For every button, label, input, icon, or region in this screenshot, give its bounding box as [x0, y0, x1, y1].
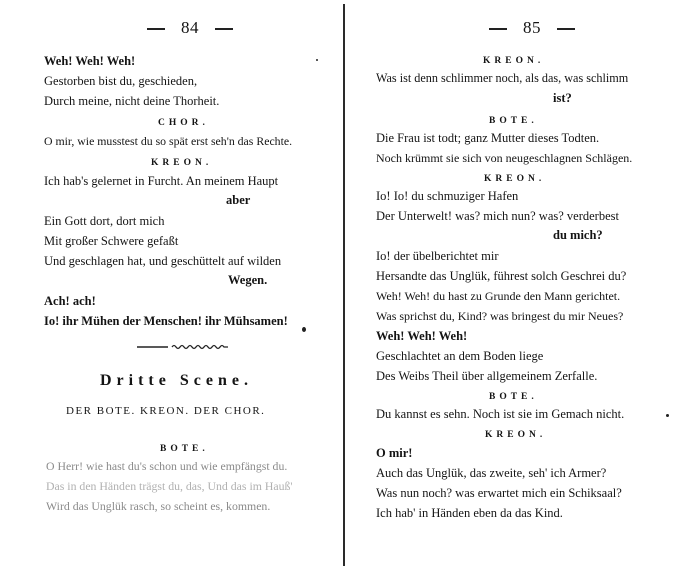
verse-line: Und geschlagen hat, und geschüttelt auf …: [44, 253, 281, 269]
verse-line: Wegen.: [228, 272, 267, 288]
verse-line: Weh! Weh! Weh!: [44, 53, 135, 69]
dash-ornament: [489, 28, 507, 30]
verse-line: Io! Io! du schmuziger Hafen: [376, 188, 518, 204]
verse-line: Weh! Weh! Weh!: [376, 328, 467, 344]
verse-line: Mit großer Schwere gefaßt: [44, 233, 178, 249]
speaker-label: BOTE.: [489, 391, 538, 403]
dash-ornament: [215, 28, 233, 30]
dash-ornament: [147, 28, 165, 30]
verse-line: aber: [226, 192, 250, 208]
verse-line: Was sprichst du, Kind? was bringest du m…: [376, 308, 623, 324]
verse-line: O mir!: [376, 445, 412, 461]
page-number-left: 84: [131, 18, 249, 38]
verse-line: Noch krümmt sie sich von neugeschlagnen …: [376, 150, 632, 166]
speaker-label: CHOR.: [158, 117, 209, 129]
page-number-right: 85: [473, 18, 591, 38]
cast-list: DER BOTE. KREON. DER CHOR.: [66, 405, 265, 417]
speaker-label: KREON.: [151, 157, 212, 169]
ink-speck: [302, 327, 306, 332]
right-page: 85 KREON. Was ist denn schlimmer noch, a…: [346, 0, 698, 576]
speaker-label: KREON.: [485, 429, 546, 441]
dash-ornament: [557, 28, 575, 30]
speaker-label: KREON.: [483, 55, 544, 67]
speaker-label: BOTE.: [160, 443, 209, 455]
ink-speck: [316, 59, 318, 61]
verse-line: Weh! Weh! du hast zu Grunde den Mann ger…: [376, 288, 620, 304]
verse-line: O Herr! wie hast du's schon und wie empf…: [46, 458, 287, 474]
ink-speck: [666, 414, 669, 417]
verse-line: Hersandte das Unglük, führest solch Gesc…: [376, 268, 626, 284]
verse-line: Auch das Unglük, das zweite, seh' ich Ar…: [376, 465, 606, 481]
verse-line: Des Weibs Theil über allgemeinem Zerfall…: [376, 368, 597, 384]
verse-line: O mir, wie musstest du so spät erst seh'…: [44, 133, 292, 149]
speaker-label: BOTE.: [489, 115, 538, 127]
speaker-label: KREON.: [484, 173, 545, 185]
verse-line: Geschlachtet an dem Boden liege: [376, 348, 543, 364]
verse-line: ist?: [553, 90, 572, 106]
verse-line: Io! der übelberichtet mir: [376, 248, 499, 264]
verse-line: du mich?: [553, 227, 603, 243]
verse-line: Io! ihr Mühen der Menschen! ihr Mühsamen…: [44, 313, 288, 329]
left-page: 84 Weh! Weh! Weh! Gestorben bist du, ges…: [0, 0, 340, 576]
verse-line: Was ist denn schlimmer noch, als das, wa…: [376, 70, 628, 86]
verse-line: Die Frau ist todt; ganz Mutter dieses To…: [376, 130, 599, 146]
verse-line: Ich hab's gelernet in Furcht. An meinem …: [44, 173, 278, 189]
verse-line: Ich hab' in Händen eben da das Kind.: [376, 505, 563, 521]
page-gutter-divider: [343, 4, 345, 566]
wavy-rule-ornament: [136, 341, 230, 351]
verse-line: Was nun noch? was erwartet mich ein Schi…: [376, 485, 622, 501]
verse-line: Du kannst es sehn. Noch ist sie im Gemac…: [376, 406, 624, 422]
verse-line: Der Unterwelt! was? mich nun? was? verde…: [376, 208, 619, 224]
verse-line: Das in den Händen trägst du, das, Und da…: [46, 478, 293, 494]
verse-line: Ein Gott dort, dort mich: [44, 213, 164, 229]
verse-line: Durch meine, nicht deine Thorheit.: [44, 93, 219, 109]
verse-line: Gestorben bist du, geschieden,: [44, 73, 197, 89]
verse-line: Ach! ach!: [44, 293, 96, 309]
scene-title: Dritte Scene.: [100, 372, 253, 390]
verse-line: Wird das Unglük rasch, so scheint es, ko…: [46, 498, 270, 514]
